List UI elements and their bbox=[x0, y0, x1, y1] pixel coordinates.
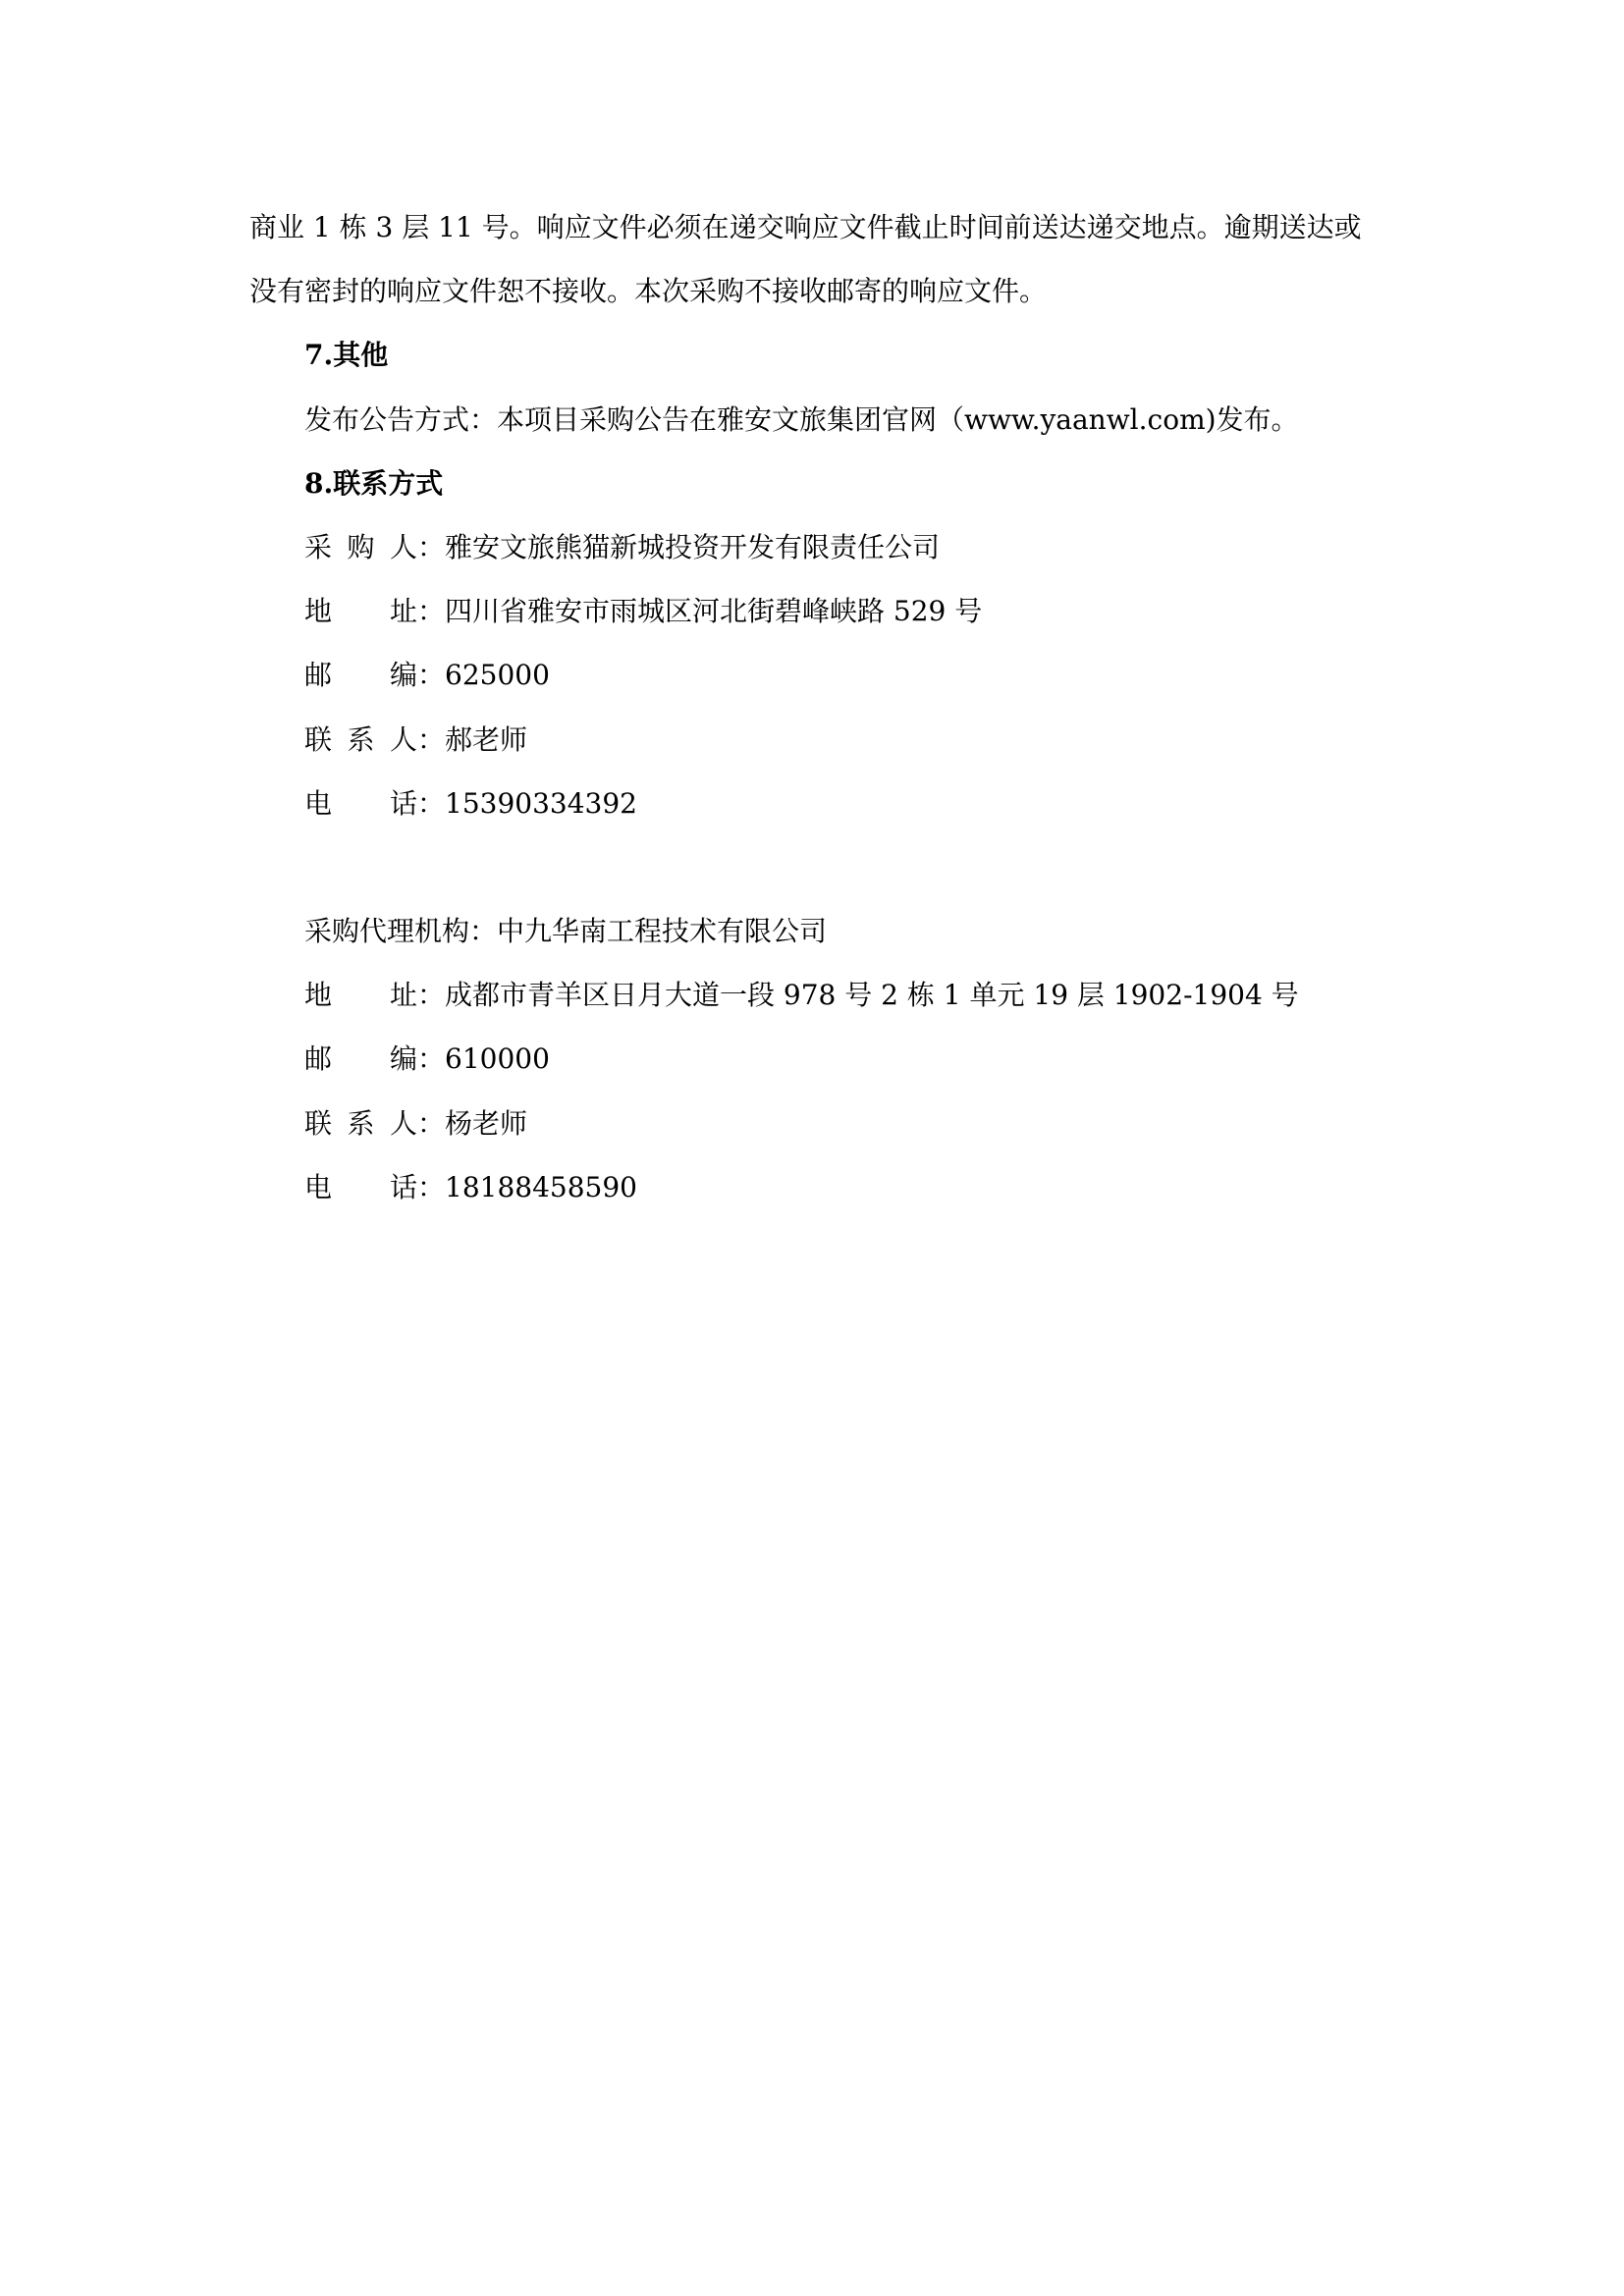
colon: ： bbox=[417, 515, 445, 579]
agency-address-row: 地 址 ： 成都市青羊区日月大道一段 978 号 2 栋 1 单元 19 层 1… bbox=[249, 963, 1379, 1027]
field-label: 邮 编 bbox=[304, 643, 417, 707]
field-label: 电 话 bbox=[304, 772, 417, 835]
field-label: 采购代理机构 bbox=[304, 899, 469, 963]
publish-method-text: 发布公告方式：本项目采购公告在雅安文旅集团官网（www.yaanwl.com)发… bbox=[249, 388, 1379, 452]
field-label: 邮 编 bbox=[304, 1027, 417, 1091]
agency-name-row: 采购代理机构 ： 中九华南工程技术有限公司 bbox=[249, 899, 1379, 963]
document-page: 商业 1 栋 3 层 11 号。响应文件必须在递交响应文件截止时间前送达递交地点… bbox=[249, 195, 1379, 1219]
field-label: 联 系 人 bbox=[304, 1092, 417, 1155]
agency-contact-row: 联 系 人 ： 杨老师 bbox=[249, 1092, 1379, 1155]
purchaser-postcode: 625000 bbox=[445, 643, 550, 707]
colon: ： bbox=[417, 772, 445, 835]
field-label: 采 购 人 bbox=[304, 515, 417, 579]
colon: ： bbox=[417, 579, 445, 643]
purchaser-postcode-row: 邮 编 ： 625000 bbox=[249, 643, 1379, 707]
agency-name: 中九华南工程技术有限公司 bbox=[497, 899, 827, 963]
purchaser-address-row: 地 址 ： 四川省雅安市雨城区河北街碧峰峡路 529 号 bbox=[249, 579, 1379, 643]
agency-address: 成都市青羊区日月大道一段 978 号 2 栋 1 单元 19 层 1902-19… bbox=[445, 963, 1299, 1027]
agency-postcode: 610000 bbox=[445, 1027, 550, 1091]
paragraph-line: 没有密封的响应文件恕不接收。本次采购不接收邮寄的响应文件。 bbox=[249, 259, 1379, 323]
purchaser-phone-row: 电 话 ： 15390334392 bbox=[249, 772, 1379, 835]
section-heading-other: 7.其他 bbox=[249, 323, 1379, 387]
agency-contact: 杨老师 bbox=[445, 1092, 527, 1155]
colon: ： bbox=[417, 963, 445, 1027]
colon: ： bbox=[417, 643, 445, 707]
colon: ： bbox=[417, 1092, 445, 1155]
blank-line bbox=[249, 835, 1379, 899]
field-label: 地 址 bbox=[304, 963, 417, 1027]
section-heading-contact: 8.联系方式 bbox=[249, 452, 1379, 515]
field-label: 联 系 人 bbox=[304, 708, 417, 772]
colon: ： bbox=[469, 899, 497, 963]
paragraph-line: 商业 1 栋 3 层 11 号。响应文件必须在递交响应文件截止时间前送达递交地点… bbox=[249, 195, 1379, 259]
colon: ： bbox=[417, 708, 445, 772]
field-label: 电 话 bbox=[304, 1155, 417, 1219]
colon: ： bbox=[417, 1027, 445, 1091]
colon: ： bbox=[417, 1155, 445, 1219]
purchaser-name: 雅安文旅熊猫新城投资开发有限责任公司 bbox=[445, 515, 940, 579]
agency-phone: 18188458590 bbox=[445, 1155, 637, 1219]
purchaser-contact-row: 联 系 人 ： 郝老师 bbox=[249, 708, 1379, 772]
purchaser-address: 四川省雅安市雨城区河北街碧峰峡路 529 号 bbox=[445, 579, 982, 643]
purchaser-name-row: 采 购 人 ： 雅安文旅熊猫新城投资开发有限责任公司 bbox=[249, 515, 1379, 579]
agency-phone-row: 电 话 ： 18188458590 bbox=[249, 1155, 1379, 1219]
agency-postcode-row: 邮 编 ： 610000 bbox=[249, 1027, 1379, 1091]
purchaser-contact: 郝老师 bbox=[445, 708, 527, 772]
purchaser-phone: 15390334392 bbox=[445, 772, 637, 835]
field-label: 地 址 bbox=[304, 579, 417, 643]
